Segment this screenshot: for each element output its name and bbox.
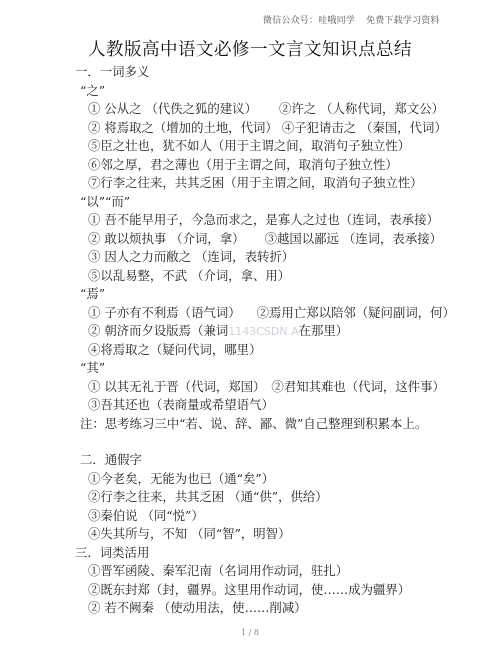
list-item: ⑥邻之厚，君之薄也（用于主谓之间，取消句子独立性） bbox=[88, 157, 398, 173]
header-note: 微信公众号：哇哦同学 免费下载学习资料 bbox=[263, 13, 448, 26]
section-heading-2: 二．通假字 bbox=[80, 452, 142, 468]
list-item: ④将焉取之（疑问代词，哪里） bbox=[88, 342, 261, 358]
list-item: ② 将焉取之（增加的土地，代词）④子犯请击之 （秦国，代词） bbox=[88, 120, 447, 136]
term-label-yi-er: “以”“而” bbox=[80, 194, 130, 210]
list-item: ③秦伯说 （同“悦”） bbox=[88, 508, 204, 524]
list-item: ② 朝济而夕设版焉（兼词1143CSDN A在那里） bbox=[88, 323, 348, 340]
wechat-account: 微信公众号：哇哦同学 bbox=[263, 16, 355, 26]
list-item: ③吾其还也（表商量或希望语气） bbox=[88, 397, 274, 413]
list-item: ④失其所与，不知 （同“智”，明智） bbox=[88, 526, 290, 542]
term-label-yan: “焉” bbox=[80, 286, 105, 302]
list-item: ②行李之往来，共其乏困 （通“供”，供给） bbox=[88, 489, 328, 505]
list-item: ① 公从之 （代佚之狐的建议）②许之 （人称代词，郑文公） bbox=[88, 101, 444, 117]
list-item: ① 以其无礼于晋（代词，郑国）②君知其难也（代词，这件事） bbox=[88, 379, 445, 395]
document-title: 人教版高中语文必修一文言文知识点总结 bbox=[0, 36, 500, 61]
list-item: ② 若不阙秦 （使动用法，使……削减） bbox=[88, 600, 307, 616]
term-label-zhi: “之” bbox=[80, 83, 105, 99]
watermark: 1143CSDN A bbox=[228, 325, 298, 338]
download-note: 免费下载学习资料 bbox=[366, 16, 440, 26]
list-item: ①晋军函陵、秦军氾南（名词用作动词，驻扎） bbox=[88, 563, 348, 579]
note: 注：思考练习三中“若、说、辞、鄙、微”自己整理到积累本上。 bbox=[80, 416, 427, 432]
list-item: ⑤臣之壮也，犹不如人（用于主谓之间，取消句子独立性） bbox=[88, 138, 410, 154]
term-label-qi: “其” bbox=[80, 360, 105, 376]
list-item: ⑦行李之往来，共其乏困（用于主谓之间，取消句子独立性） bbox=[88, 175, 423, 191]
section-heading-3: 三．词类活用 bbox=[75, 545, 149, 561]
list-item: ② 敢以烦执事 （介词，拿）③越国以鄙远 （连词，表承接） bbox=[88, 231, 442, 247]
page-number: 1 / 8 bbox=[0, 628, 500, 637]
list-item: ① 吾不能早用子，今急而求之，是寡人之过也（连词，表承接） bbox=[88, 212, 439, 228]
list-item: ①今老矣，无能为也已（通“矣”） bbox=[88, 471, 274, 487]
section-heading-1: 一．一词多义 bbox=[75, 64, 149, 80]
list-item: ① 子亦有不利焉（语气词）②焉用亡郑以陪邻（疑问副词，何） bbox=[88, 305, 455, 321]
list-item: ⑤以乱易整，不武 （介词，拿、用） bbox=[88, 268, 290, 284]
list-item: ②既东封郑（封，疆界。这里用作动词，使……成为疆界） bbox=[88, 582, 410, 598]
list-item: ③ 因人之力而敝之 （连词，表转折） bbox=[88, 249, 294, 265]
